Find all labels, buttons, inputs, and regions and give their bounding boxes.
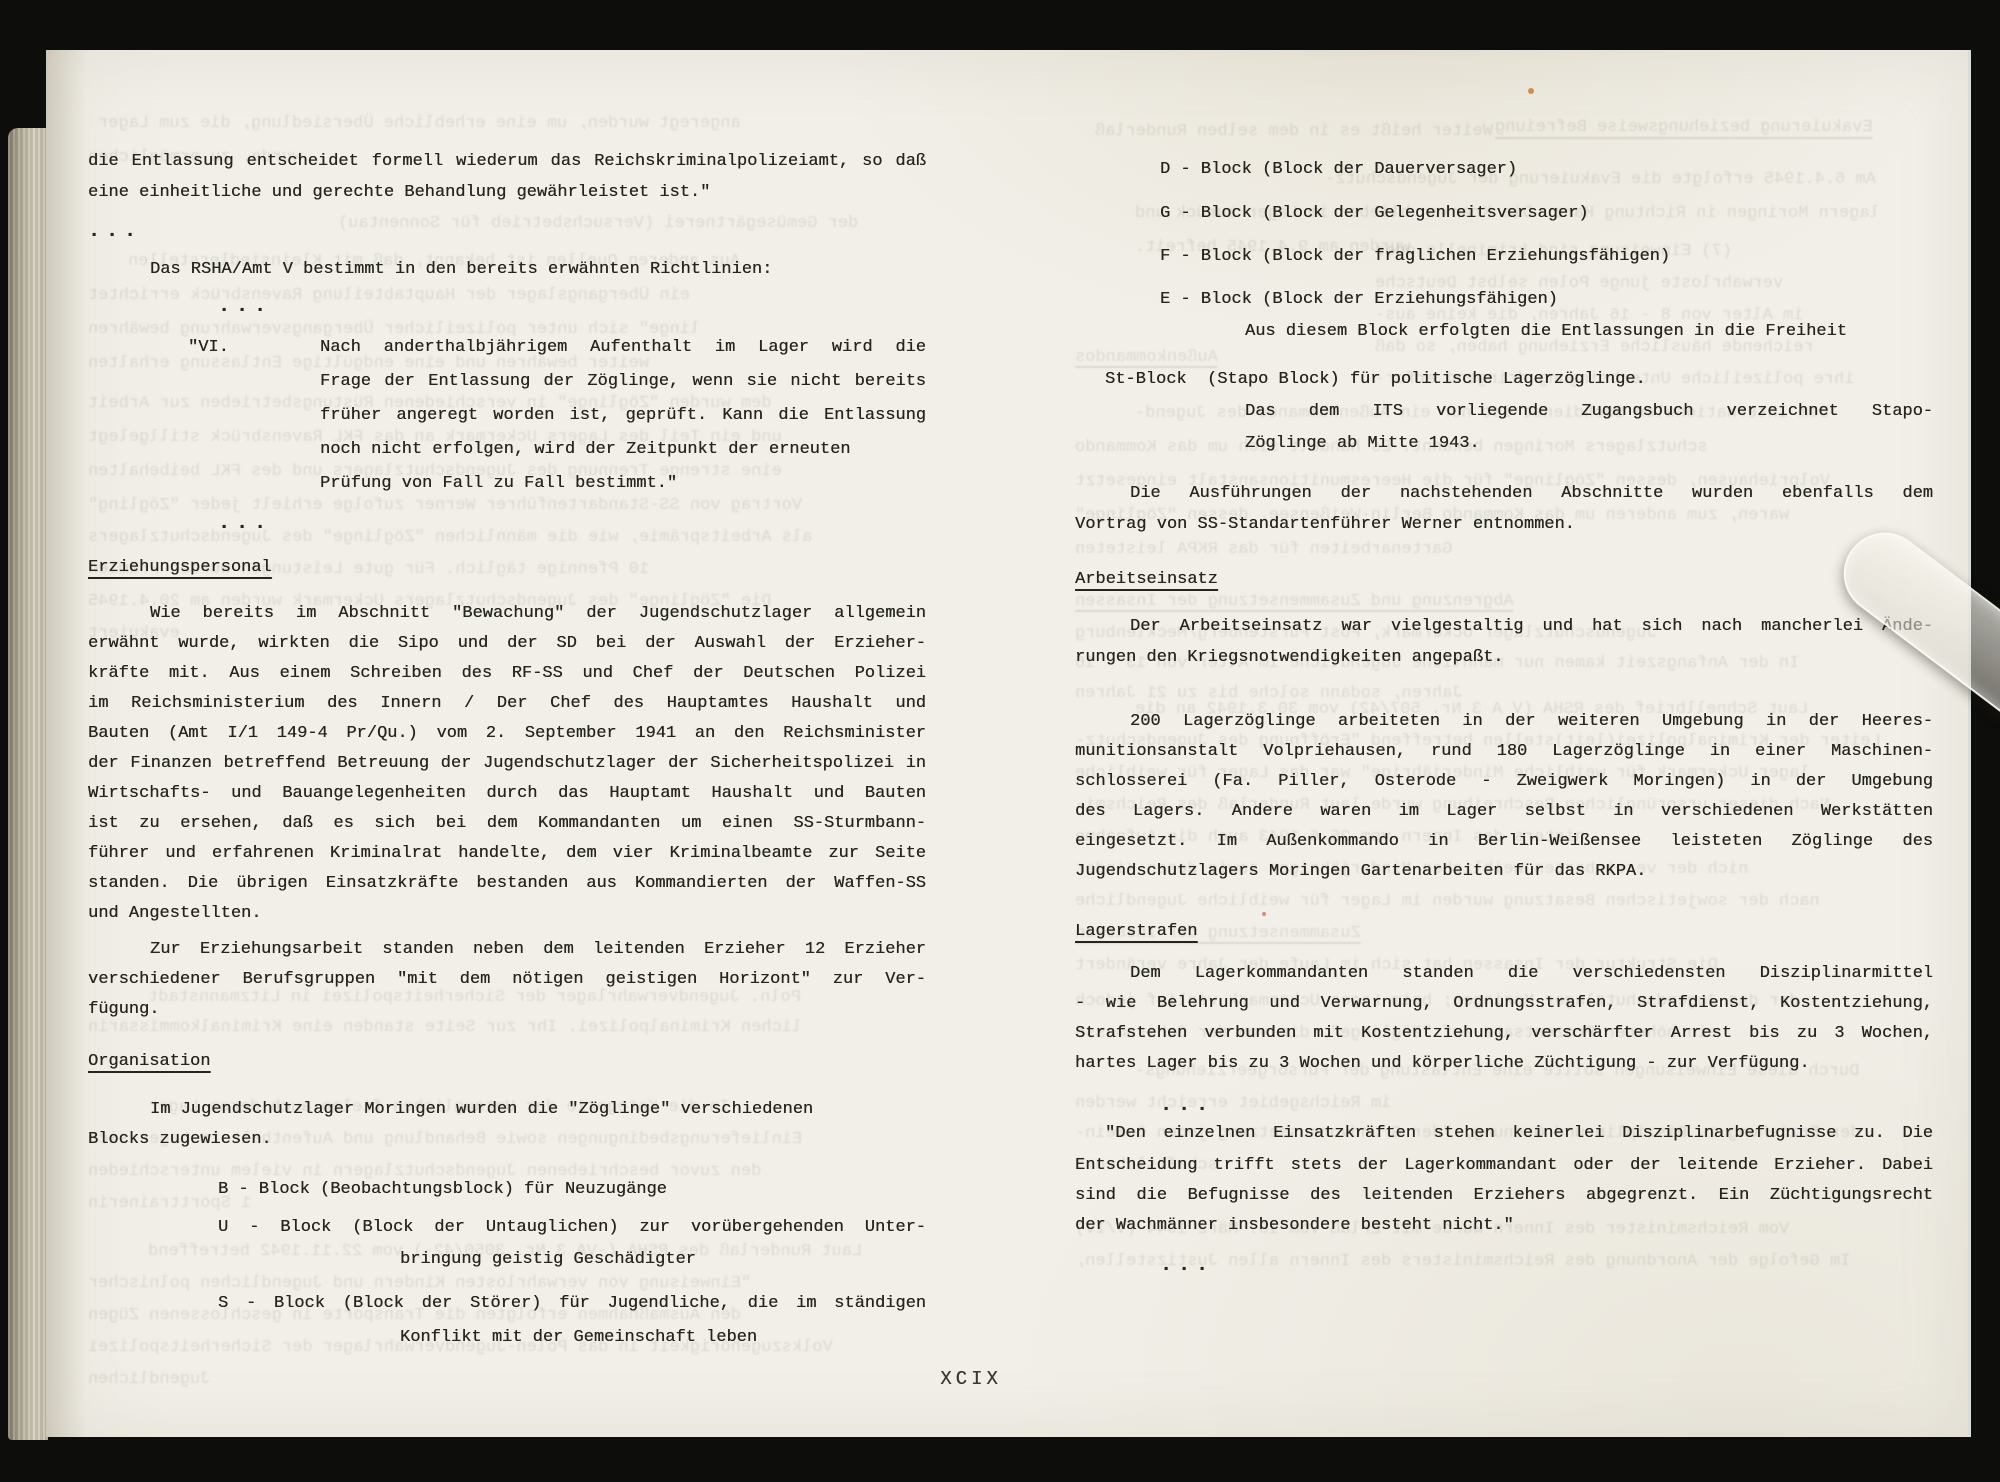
bleedthrough-text: Weiter heißt es in dem selben Runderlaß: [1095, 120, 1493, 144]
text-line: erwähnt wurde, wirkten die Sipo und der …: [88, 632, 926, 656]
text-line: "VI.: [188, 336, 229, 360]
bleedthrough-text: der Gemüsegärtnerei (Versuchsbetrieb für…: [338, 212, 858, 236]
bleedthrough-text: Jugendlichen: [88, 1368, 210, 1392]
text-line: Bauten (Amt I/1 149-4 Pr/Qu.) vom 2. Sep…: [88, 722, 926, 746]
bleedthrough-text: ein Übergangslager der Hauptabteilung Ra…: [88, 284, 690, 308]
ellipsis-separator: ...: [1160, 1094, 1214, 1118]
text-line: Zur Erziehungsarbeit standen neben dem l…: [150, 938, 926, 962]
bleedthrough-text: im Reichsgebiet erreicht werden: [1075, 1092, 1391, 1116]
bleedthrough-text: als Arbeitsprämie, wie die männlichen "Z…: [88, 526, 812, 550]
text-line: Blocks zugewiesen.: [88, 1128, 272, 1152]
text-line: St-Block (Stapo Block) für politische La…: [1105, 368, 1646, 392]
text-line: Wirtschafts- und Bauangelegenheiten durc…: [88, 782, 926, 806]
bleedthrough-text: lichen Kriminalpolizei. Ihr zur Seite st…: [88, 1016, 802, 1040]
bleedthrough-text: Gartenarbeiten für das RKPA leisteten: [1075, 538, 1452, 562]
text-line: U - Block (Block der Untauglichen) zur v…: [218, 1216, 926, 1240]
text-line: Nach anderthalbjährigem Aufenthalt im La…: [320, 336, 926, 360]
text-line: bringung geistig Geschädigter: [400, 1248, 696, 1272]
text-line: Zöglinge ab Mitte 1943.: [1245, 432, 1480, 456]
text-line: sind die Befugnisse des leitenden Erzieh…: [1075, 1184, 1933, 1208]
text-line: Die Ausführungen der nachstehenden Absch…: [1130, 482, 1933, 506]
bleedthrough-text: Außenkommandos: [1075, 346, 1218, 370]
ellipsis-separator: ...: [218, 512, 272, 536]
bleedthrough-text: nach der sowjetischen Besatzung wurden i…: [1075, 890, 1820, 914]
text-line: B - Block (Beobachtungsblock) für Neuzug…: [218, 1178, 667, 1202]
bleedthrough-text: Abgrenzung und Zusammensetzung der Insas…: [1075, 590, 1514, 614]
section-heading: Lagerstrafen: [1075, 920, 1197, 944]
text-line: Wie bereits im Abschnitt "Bewachung" der…: [150, 602, 926, 626]
section-heading: Organisation: [88, 1050, 210, 1074]
text-line: D - Block (Block der Dauerversager): [1160, 158, 1517, 182]
text-line: munitionsanstalt Volpriehausen, rund 180…: [1075, 740, 1933, 764]
text-line: Das RSHA/Amt V bestimmt in den bereits e…: [150, 258, 772, 282]
text-line: des Lagers. Andere waren im Lager selbst…: [1075, 800, 1933, 824]
scan-background: XCIX angeregt wurden, um eine erhebliche…: [0, 0, 2000, 1482]
text-line: S - Block (Block der Störer) für Jugendl…: [218, 1292, 926, 1316]
text-line: kräfte mit. Aus einem Schreiben des RF-S…: [88, 662, 926, 686]
text-column-right: Evakuierung beziehungsweise BefreiungWei…: [1075, 50, 1933, 1437]
text-line: die Entlassung entscheidet formell wiede…: [88, 150, 926, 174]
text-line: Dem Lagerkommandanten standen die versch…: [1130, 962, 1933, 986]
text-column-left: angeregt wurden, um eine erhebliche Über…: [88, 50, 926, 1437]
text-line: Das dem ITS vorliegende Zugangsbuch verz…: [1245, 400, 1933, 424]
text-line: Vortrag von SS-Standartenführer Werner e…: [1075, 513, 1575, 537]
section-heading: Arbeitseinsatz: [1075, 568, 1218, 592]
text-line: ist zu ersehen, daß es sich bei dem Komm…: [88, 812, 926, 836]
text-line: fügung.: [88, 998, 159, 1022]
ink-speck: [1528, 88, 1534, 94]
ink-speck: [1262, 912, 1266, 916]
text-line: eingesetzt. Im Außenkommando in Berlin-W…: [1075, 830, 1933, 854]
text-line: der Wachmänner insbesondere besteht nich…: [1075, 1214, 1514, 1238]
text-line: früher angeregt worden ist, geprüft. Kan…: [320, 404, 926, 428]
text-line: schlosserei (Fa. Piller, Osterode - Zwei…: [1075, 770, 1933, 794]
text-line: - wie Belehrung und Verwarnung, Ordnungs…: [1075, 992, 1933, 1016]
text-line: Strafstehen verbunden mit Kostentziehung…: [1075, 1022, 1933, 1046]
bleedthrough-text: angeregt wurden, um eine erhebliche Über…: [98, 112, 741, 136]
page-edge-stack: [8, 128, 48, 1440]
text-line: im Reichsministerium des Innern / Der Ch…: [88, 692, 926, 716]
bleedthrough-text: Vortrag von SS-Standartenführer Werner z…: [88, 494, 802, 518]
text-line: Jugendschutzlagers Moringen Gartenarbeit…: [1075, 860, 1646, 884]
text-line: "Den einzelnen Einsatzkräften stehen kei…: [1105, 1122, 1933, 1146]
ellipsis-separator: ...: [88, 220, 142, 244]
text-line: 200 Lagerzöglinge arbeiteten in der weit…: [1130, 710, 1933, 734]
text-line: Prüfung von Fall zu Fall bestimmt.": [320, 472, 677, 496]
text-line: Im Jugendschutzlager Moringen wurden die…: [150, 1098, 813, 1122]
text-line: und Angestellten.: [88, 902, 261, 926]
text-line: rungen den Kriegsnotwendigkeiten angepaß…: [1075, 646, 1503, 670]
ellipsis-separator: ...: [1160, 1254, 1214, 1278]
text-line: G - Block (Block der Gelegenheitsversage…: [1160, 202, 1588, 226]
bleedthrough-text: Evakuierung beziehungsweise Befreiung: [1495, 116, 1872, 140]
book-page: XCIX angeregt wurden, um eine erhebliche…: [46, 50, 1971, 1437]
text-line: Frage der Entlassung der Zöglinge, wenn …: [320, 370, 926, 394]
text-line: E - Block (Block der Erziehungsfähigen): [1160, 288, 1558, 312]
text-line: noch nicht erfolgen, wird der Zeitpunkt …: [320, 438, 851, 462]
text-line: der Finanzen betreffend Betreuung der Ju…: [88, 752, 926, 776]
text-line: Entscheidung trifft stets der Lagerkomma…: [1075, 1154, 1933, 1178]
text-line: verschiedener Berufsgruppen "mit dem nöt…: [88, 968, 926, 992]
text-line: Der Arbeitseinsatz war vielgestaltig und…: [1130, 615, 1933, 639]
text-line: Konflikt mit der Gemeinschaft leben: [400, 1326, 757, 1350]
text-line: standen. Die übrigen Einsatzkräfte besta…: [88, 872, 926, 896]
text-line: eine einheitliche und gerechte Behandlun…: [88, 181, 710, 205]
text-line: F - Block (Block der fraglichen Erziehun…: [1160, 245, 1670, 269]
text-line: hartes Lager bis zu 3 Wochen und körperl…: [1075, 1052, 1810, 1076]
section-heading: Erziehungspersonal: [88, 556, 272, 580]
ellipsis-separator: ...: [218, 295, 272, 319]
text-line: Aus diesem Block erfolgten die Entlassun…: [1245, 320, 1847, 344]
text-line: führer und erfahrenen Kriminalrat handel…: [88, 842, 926, 866]
